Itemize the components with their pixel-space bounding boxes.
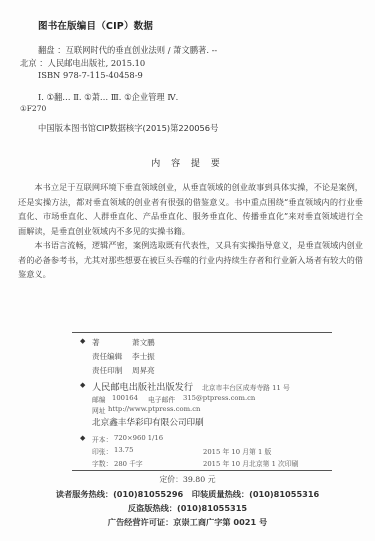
format-label: 开本：: [92, 434, 112, 444]
summary-body: 本书立足于互联网环境下垂直领域创业，从垂直领域的创业故事到具体实操，不论是案例，…: [18, 180, 363, 282]
email-label: 电子邮件: [148, 394, 175, 404]
author-name: 萧文鹏: [132, 337, 155, 348]
editor-name: 李士振: [132, 351, 155, 362]
website: http://www.ptpress.com.cn: [108, 405, 200, 413]
cip-number: 中国版本图书馆CIP数据核字(2015)第220056号: [38, 122, 218, 134]
sheets: 13.75: [114, 446, 133, 454]
print-quality-hotline: 印装质量热线：(010)81055316: [192, 489, 319, 499]
author-label: 著: [92, 337, 100, 348]
summary-paragraph-2: 本书语言流畅，逻辑严密，案例选取既有代表性，又具有实操指导意义，是垂直领域内创业…: [18, 238, 363, 282]
print-label: 责任印制: [92, 365, 122, 376]
ad-license: 广告经营许可证：京崇工商广字第 0021 号: [0, 517, 375, 528]
website-label: 网址: [92, 405, 106, 415]
diamond-bullet-icon: ◆: [80, 381, 85, 389]
words: 280 千字: [114, 458, 143, 468]
summary-heading: 内 容 提 要: [0, 156, 375, 169]
postcode-label: 邮编: [92, 394, 106, 404]
printing: 2015 年 10 月北京第 1 次印刷: [203, 458, 298, 468]
cip-publisher-line: 北京 ：人民邮电出版社, 2015.10: [20, 57, 145, 69]
print-name: 周昇亮: [132, 365, 155, 376]
printer: 北京鑫丰华彩印有限公司印刷: [92, 416, 204, 428]
summary-paragraph-1: 本书立足于互联网环境下垂直领域创业，从垂直领域的创业故事到具体实操，不论是案例，…: [18, 180, 363, 238]
anti-piracy-hotline: 反盗版热线：(010)81055315: [0, 503, 375, 514]
diamond-bullet-icon: ◆: [80, 434, 85, 442]
cip-classification-code: ①F270: [20, 104, 46, 113]
words-label: 字数：: [92, 458, 112, 468]
top-rule: [72, 332, 332, 333]
editor-label: 责任编辑: [92, 351, 122, 362]
cip-title-line: 翻盘 ：互联网时代的垂直创业法则 / 萧文鹏著. --: [38, 44, 217, 56]
price: 定价：39.80 元: [0, 474, 375, 485]
reader-service-hotline: 读者服务热线：(010)81055296: [56, 489, 183, 499]
cip-heading: 图书在版编目（CIP）数据: [38, 18, 153, 32]
format: 720×960 1/16: [114, 434, 163, 442]
diamond-bullet-icon: ◆: [80, 337, 85, 345]
bottom-rule: [72, 470, 332, 471]
sheets-label: 印张：: [92, 446, 112, 456]
email: 315@ptpress.com.cn: [183, 394, 255, 402]
edition: 2015 年 10 月第 1 版: [203, 446, 271, 456]
publisher-name: 人民邮电出版社出版发行: [92, 379, 193, 393]
publisher-address: 北京市丰台区成寿寺路 11 号: [202, 382, 290, 392]
postcode: 100164: [112, 394, 138, 402]
cip-isbn-line: ISBN 978-7-115-40458-9: [38, 70, 143, 80]
hotline-row: 读者服务热线：(010)81055296 印装质量热线：(010)8105531…: [0, 489, 375, 500]
cip-classification-line: Ⅰ. ①翻… Ⅱ. ①萧… Ⅲ. ①企业管理 Ⅳ.: [38, 91, 178, 103]
